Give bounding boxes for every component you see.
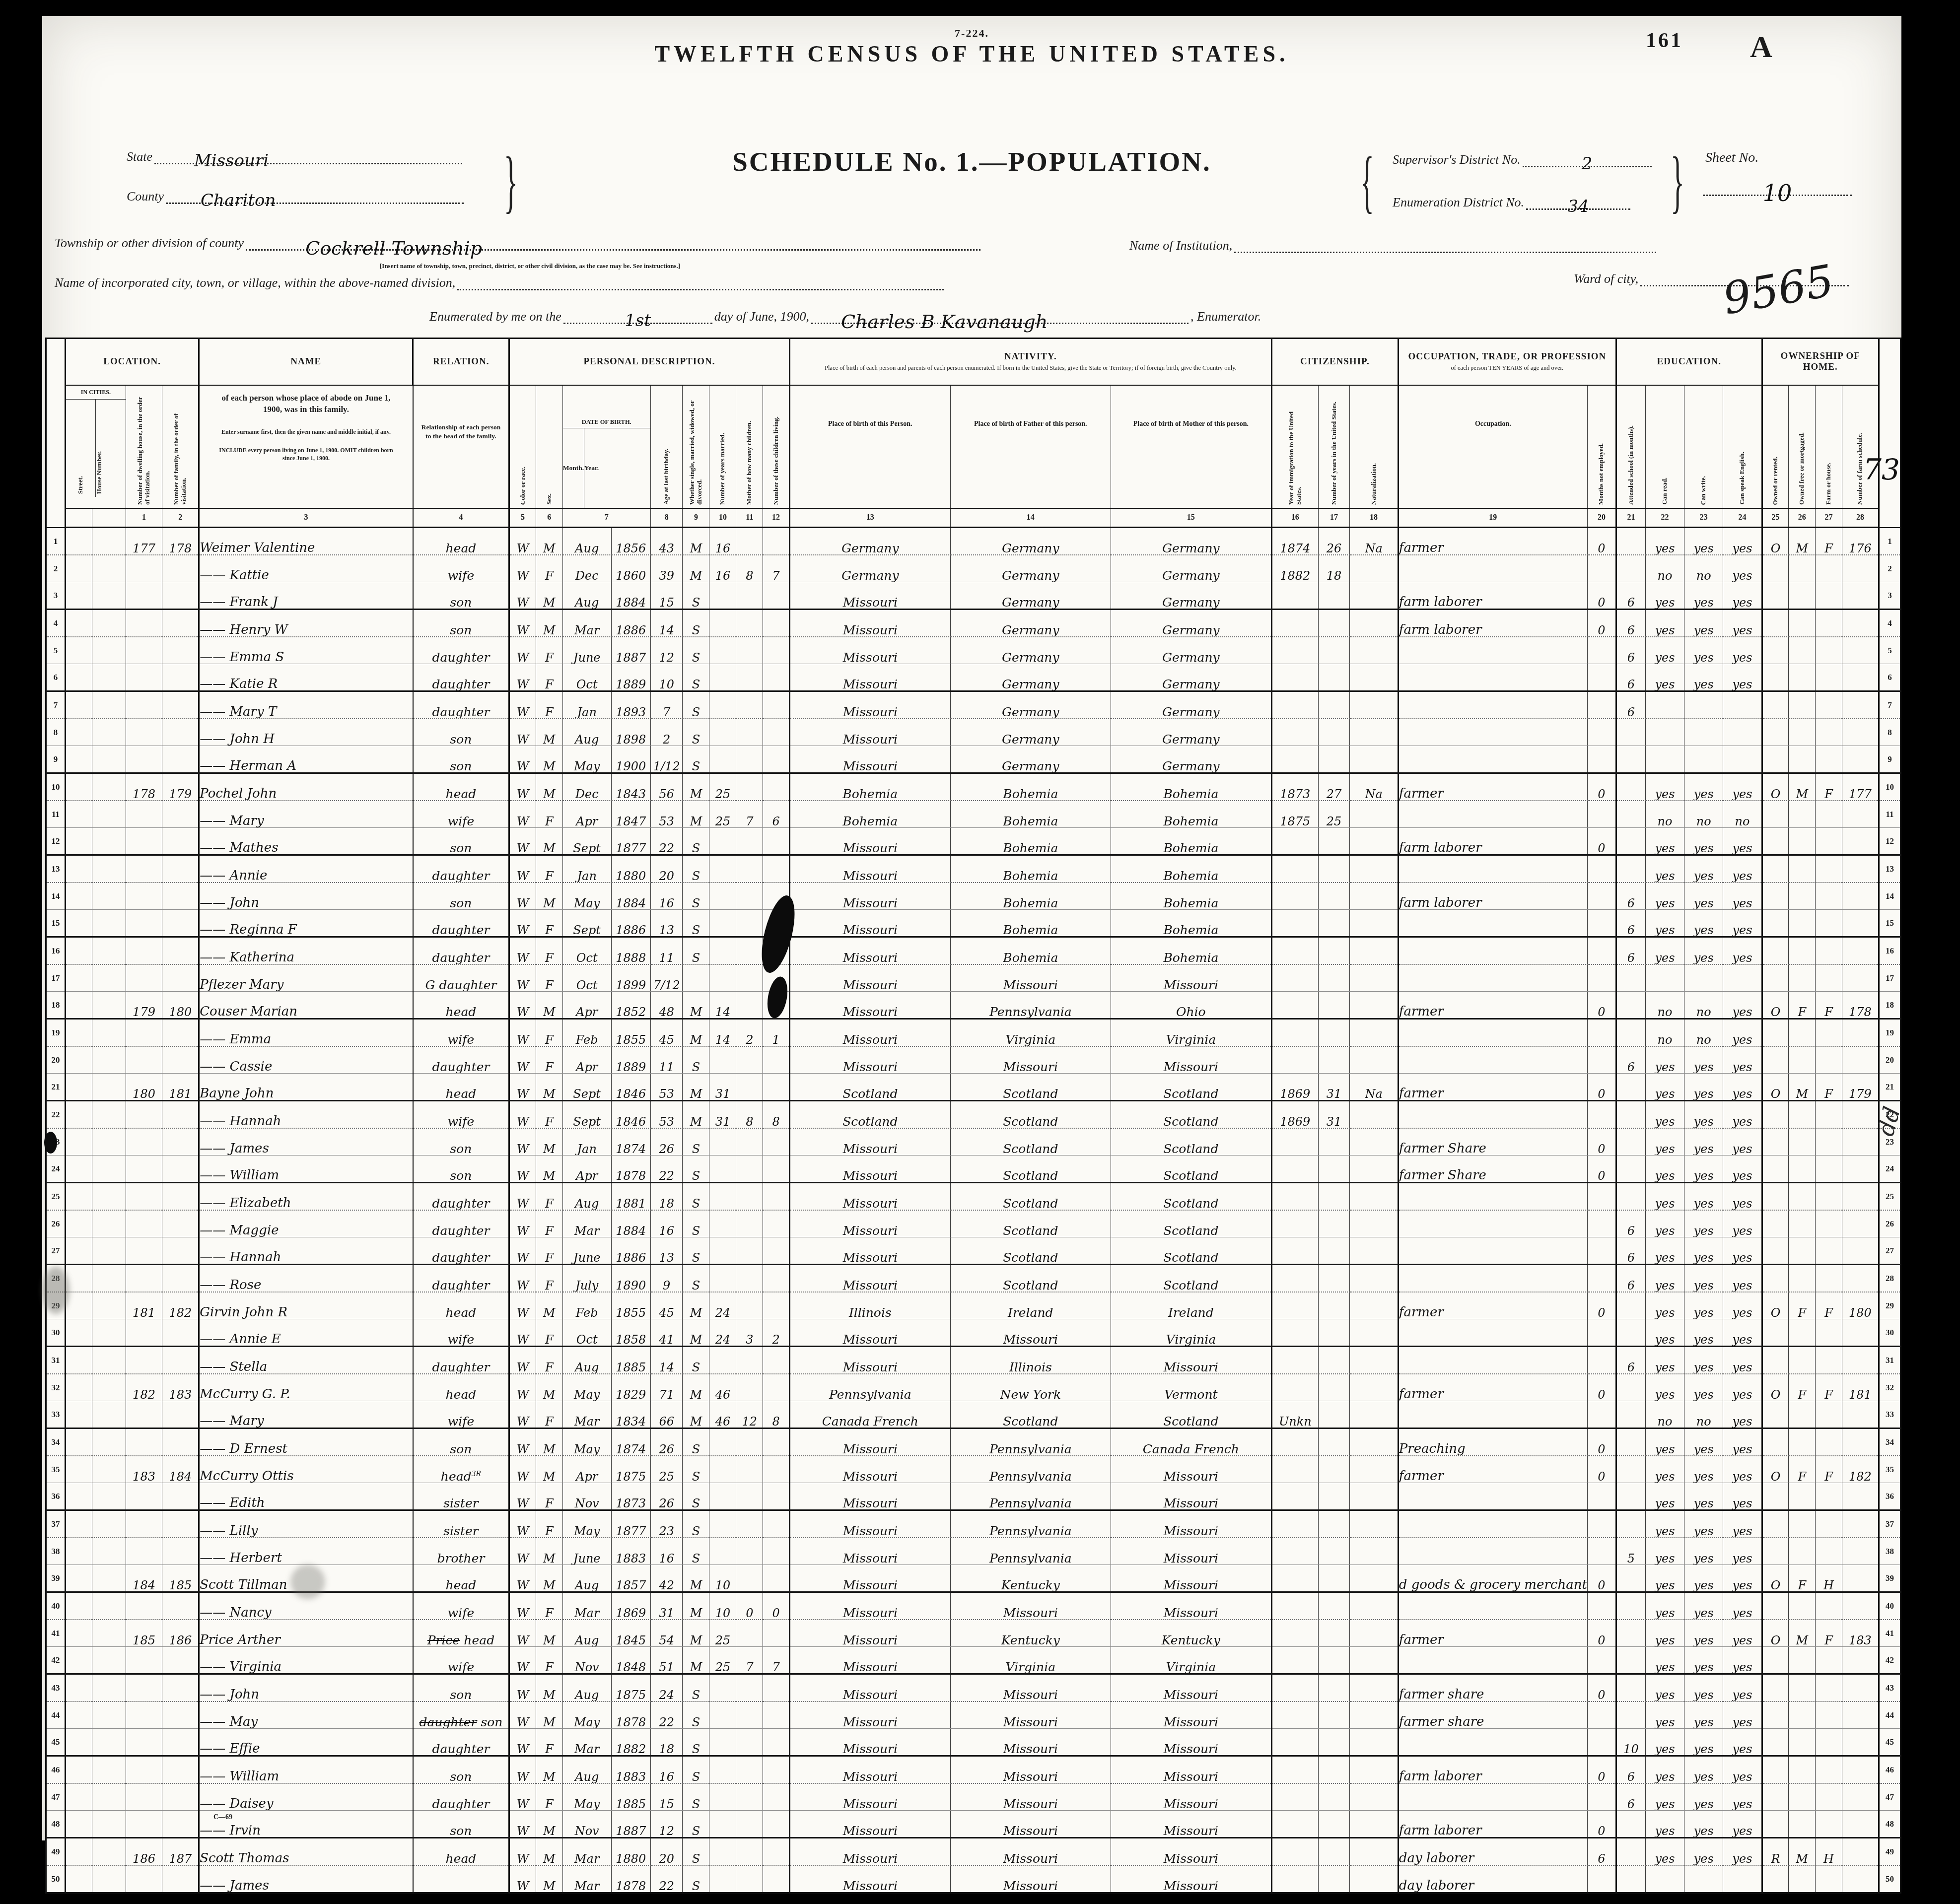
cell-wr: yes bbox=[1684, 1620, 1723, 1647]
cell-na bbox=[1350, 1401, 1398, 1428]
cell-ma: S bbox=[683, 1674, 709, 1702]
cell-oc bbox=[1398, 1019, 1587, 1047]
cell-re: daughter bbox=[413, 637, 509, 664]
cell-mc: 3 bbox=[736, 1319, 763, 1347]
cell-yr: 1855 bbox=[611, 1019, 650, 1047]
cell-na bbox=[1350, 1729, 1398, 1756]
cell-yr: 1886 bbox=[611, 910, 650, 937]
cell-ho bbox=[92, 1156, 126, 1183]
col-number: 9 bbox=[683, 508, 709, 528]
cell-co: W bbox=[509, 1510, 536, 1538]
cell-fm bbox=[1789, 555, 1816, 582]
cell-ag: 71 bbox=[650, 1374, 683, 1401]
cell-st bbox=[66, 1538, 92, 1565]
cell-ma: S bbox=[683, 664, 709, 691]
section-header: OCCUPATION, TRADE, OR PROFESSIONof each … bbox=[1398, 339, 1616, 386]
cell-im bbox=[1271, 1210, 1318, 1237]
cell-yu bbox=[1318, 1183, 1350, 1211]
section-header: NAME bbox=[199, 339, 413, 386]
cell-im bbox=[1271, 610, 1318, 637]
cell-na: Na bbox=[1350, 773, 1398, 801]
cell-yr: 1852 bbox=[611, 992, 650, 1019]
cell-sc: 6 bbox=[1616, 1237, 1645, 1265]
cell-sc: 5 bbox=[1616, 1538, 1645, 1565]
cell-re: daughter bbox=[413, 1210, 509, 1237]
cell-fm: M bbox=[1789, 773, 1816, 801]
cell-sc: 6 bbox=[1616, 910, 1645, 937]
cell-ag: 18 bbox=[650, 1183, 683, 1211]
cell-yr: 1848 bbox=[611, 1647, 650, 1674]
cell-sx: F bbox=[536, 1510, 562, 1538]
cell-mc bbox=[736, 1510, 763, 1538]
cell-en: yes bbox=[1723, 1074, 1762, 1101]
cell-fb: Pennsylvania bbox=[950, 992, 1111, 1019]
cell-dw bbox=[126, 1101, 162, 1129]
cell-rd: yes bbox=[1645, 855, 1684, 883]
cell-ow: O bbox=[1762, 1292, 1789, 1319]
cell-st bbox=[66, 1428, 92, 1456]
cell-ym bbox=[709, 1674, 736, 1702]
cell-mb: Scotland bbox=[1111, 1128, 1271, 1156]
cell-ma: S bbox=[683, 610, 709, 637]
cell-en: yes bbox=[1723, 1729, 1762, 1756]
cell-re: head bbox=[413, 1074, 509, 1101]
cell-bp: Missouri bbox=[789, 1592, 950, 1620]
cell-fh bbox=[1816, 1046, 1842, 1074]
cell-ma: M bbox=[683, 1647, 709, 1674]
cell-sc bbox=[1616, 1510, 1645, 1538]
cell-ow bbox=[1762, 610, 1789, 637]
cell-cl bbox=[763, 1428, 789, 1456]
cell-mb: Ireland bbox=[1111, 1292, 1271, 1319]
cell-fb: Germany bbox=[950, 691, 1111, 719]
cell-oc: day laborer bbox=[1398, 1838, 1587, 1866]
cell-mc bbox=[736, 1483, 763, 1510]
cell-ag: 22 bbox=[650, 1701, 683, 1729]
row-number: 50 bbox=[46, 1865, 66, 1893]
cell-bp: Missouri bbox=[789, 883, 950, 910]
row-number: 12 bbox=[46, 828, 66, 855]
cell-rd: no bbox=[1645, 801, 1684, 828]
cell-en: yes bbox=[1723, 610, 1762, 637]
cell-sx: M bbox=[536, 883, 562, 910]
cell-ho bbox=[92, 1538, 126, 1565]
table-row: 29181182Girvin John RheadWMFeb185545M24I… bbox=[46, 1292, 1901, 1319]
cell-mo: Aug bbox=[562, 1565, 611, 1592]
table-row: 5—— Emma SdaughterWFJune188712SMissouriG… bbox=[46, 637, 1901, 664]
cell-mc: 12 bbox=[736, 1401, 763, 1428]
cell-sx: M bbox=[536, 1292, 562, 1319]
cell-fm bbox=[1789, 1783, 1816, 1811]
cell-mn: 0 bbox=[1587, 528, 1616, 555]
cell-na bbox=[1350, 910, 1398, 937]
cell-mn bbox=[1587, 1210, 1616, 1237]
col-number: 22 bbox=[1645, 508, 1684, 528]
cell-nm: —— Henry W bbox=[199, 610, 413, 637]
cell-ns bbox=[1842, 964, 1879, 992]
cell-sc: 6 bbox=[1616, 1210, 1645, 1237]
cell-im: 1869 bbox=[1271, 1074, 1318, 1101]
table-row: 38—— HerbertbrotherWMJune188316SMissouri… bbox=[46, 1538, 1901, 1565]
cell-rd: yes bbox=[1645, 1838, 1684, 1866]
cell-mo: Mar bbox=[562, 1592, 611, 1620]
col-header-ma: Whether single, married, widowed, or div… bbox=[683, 385, 709, 508]
cell-oc: farm laborer bbox=[1398, 883, 1587, 910]
col-header-rd: Can read. bbox=[1645, 385, 1684, 508]
cell-dw bbox=[126, 1510, 162, 1538]
cell-yu bbox=[1318, 1647, 1350, 1674]
cell-im bbox=[1271, 746, 1318, 773]
cell-ho bbox=[92, 1674, 126, 1702]
cell-wr: yes bbox=[1684, 1592, 1723, 1620]
cell-nm: McCurry G. P. bbox=[199, 1374, 413, 1401]
cell-ma: S bbox=[683, 1128, 709, 1156]
table-row: 37—— LillysisterWFMay187723SMissouriPenn… bbox=[46, 1510, 1901, 1538]
row-number: 27 bbox=[1879, 1237, 1900, 1265]
cell-yu bbox=[1318, 719, 1350, 746]
cell-fm bbox=[1789, 937, 1816, 965]
cell-ag: 16 bbox=[650, 1756, 683, 1784]
cell-dw bbox=[126, 582, 162, 610]
cell-fh bbox=[1816, 883, 1842, 910]
row-number: 15 bbox=[1879, 910, 1900, 937]
cell-rd: yes bbox=[1645, 1183, 1684, 1211]
cell-mn bbox=[1587, 1483, 1616, 1510]
cell-co: W bbox=[509, 528, 536, 555]
cell-dw bbox=[126, 1701, 162, 1729]
cell-mc bbox=[736, 883, 763, 910]
cell-mn bbox=[1587, 1319, 1616, 1347]
cell-yr: 1855 bbox=[611, 1292, 650, 1319]
row-number: 50 bbox=[1879, 1865, 1900, 1893]
cell-en: yes bbox=[1723, 1701, 1762, 1729]
cell-sx: F bbox=[536, 1210, 562, 1237]
cell-na bbox=[1350, 610, 1398, 637]
cell-ag: 13 bbox=[650, 910, 683, 937]
cell-yr: 1858 bbox=[611, 1319, 650, 1347]
col-header-bp: Place of birth of this Person. bbox=[789, 385, 950, 508]
cell-oc bbox=[1398, 1510, 1587, 1538]
cell-co: W bbox=[509, 1729, 536, 1756]
cell-cl bbox=[763, 1128, 789, 1156]
cell-na bbox=[1350, 1510, 1398, 1538]
row-number: 29 bbox=[1879, 1292, 1900, 1319]
cell-dw bbox=[126, 637, 162, 664]
cell-wr: yes bbox=[1684, 1756, 1723, 1784]
cell-bp: Scotland bbox=[789, 1101, 950, 1129]
row-number: 44 bbox=[46, 1701, 66, 1729]
cell-na bbox=[1350, 1811, 1398, 1838]
row-number: 28 bbox=[1879, 1265, 1900, 1292]
cell-ag: 26 bbox=[650, 1428, 683, 1456]
cell-mb: Bohemia bbox=[1111, 855, 1271, 883]
cell-st bbox=[66, 1756, 92, 1784]
cell-yr: 1884 bbox=[611, 582, 650, 610]
cell-sx: F bbox=[536, 1183, 562, 1211]
cell-st bbox=[66, 664, 92, 691]
cell-dw bbox=[126, 1156, 162, 1183]
cell-en: yes bbox=[1723, 1811, 1762, 1838]
cell-yr: 1829 bbox=[611, 1374, 650, 1401]
cell-ow bbox=[1762, 582, 1789, 610]
cell-nm: —— Herbert bbox=[199, 1538, 413, 1565]
cell-co: W bbox=[509, 1046, 536, 1074]
cell-mn bbox=[1587, 855, 1616, 883]
cell-dw bbox=[126, 1538, 162, 1565]
cell-mb: Germany bbox=[1111, 582, 1271, 610]
cell-mb: Missouri bbox=[1111, 1865, 1271, 1893]
cell-cl bbox=[763, 1620, 789, 1647]
cell-co: W bbox=[509, 610, 536, 637]
cell-oc bbox=[1398, 937, 1587, 965]
cell-oc: day laborer bbox=[1398, 1865, 1587, 1893]
cell-ns bbox=[1842, 1046, 1879, 1074]
cell-fb: Missouri bbox=[950, 1865, 1111, 1893]
cell-nm: —— Reginna F bbox=[199, 910, 413, 937]
cell-wr bbox=[1684, 964, 1723, 992]
cell-rd: no bbox=[1645, 1019, 1684, 1047]
cell-ns: 181 bbox=[1842, 1374, 1879, 1401]
col-number: 11 bbox=[736, 508, 763, 528]
cell-ow bbox=[1762, 1347, 1789, 1374]
cell-na bbox=[1350, 1210, 1398, 1237]
cell-im bbox=[1271, 1647, 1318, 1674]
cell-dw: 181 bbox=[126, 1292, 162, 1319]
cell-ym bbox=[709, 1483, 736, 1510]
cell-ow bbox=[1762, 883, 1789, 910]
row-number-header bbox=[1879, 339, 1900, 528]
cell-ma: M bbox=[683, 1565, 709, 1592]
cell-fh: H bbox=[1816, 1565, 1842, 1592]
row-number: 6 bbox=[46, 664, 66, 691]
state-value: Missouri bbox=[194, 151, 269, 171]
cell-ho bbox=[92, 1183, 126, 1211]
cell-wr: yes bbox=[1684, 1674, 1723, 1702]
row-number: 46 bbox=[1879, 1756, 1900, 1784]
cell-sx: F bbox=[536, 855, 562, 883]
cell-ns: 180 bbox=[1842, 1292, 1879, 1319]
cell-ma: S bbox=[683, 1237, 709, 1265]
cell-wr: yes bbox=[1684, 1237, 1723, 1265]
cell-fb: Missouri bbox=[950, 1592, 1111, 1620]
col-header-fa: Number of family, in the order of visita… bbox=[162, 385, 199, 508]
cell-ow: O bbox=[1762, 1374, 1789, 1401]
cell-fa bbox=[162, 1674, 199, 1702]
cell-st bbox=[66, 1729, 92, 1756]
cell-ag: 24 bbox=[650, 1674, 683, 1702]
cell-mc bbox=[736, 910, 763, 937]
cell-mb: Missouri bbox=[1111, 1674, 1271, 1702]
cell-oc: farmer bbox=[1398, 1456, 1587, 1483]
cell-fm bbox=[1789, 664, 1816, 691]
cell-cl bbox=[763, 1210, 789, 1237]
row-number: 36 bbox=[46, 1483, 66, 1510]
cell-yu bbox=[1318, 1156, 1350, 1183]
cell-en: yes bbox=[1723, 1838, 1762, 1866]
cell-fm bbox=[1789, 1538, 1816, 1565]
cell-sx: M bbox=[536, 610, 562, 637]
cell-mb: Missouri bbox=[1111, 1729, 1271, 1756]
cell-sc: 6 bbox=[1616, 1783, 1645, 1811]
cell-sc: 6 bbox=[1616, 664, 1645, 691]
cell-re: head bbox=[413, 528, 509, 555]
cell-dw bbox=[126, 883, 162, 910]
cell-cl bbox=[763, 1237, 789, 1265]
cell-wr bbox=[1684, 1865, 1723, 1893]
cell-fa bbox=[162, 555, 199, 582]
cell-co: W bbox=[509, 1592, 536, 1620]
cell-yr: 1885 bbox=[611, 1783, 650, 1811]
row-number: 38 bbox=[1879, 1538, 1900, 1565]
cell-wr: yes bbox=[1684, 855, 1723, 883]
cell-sc bbox=[1616, 719, 1645, 746]
cell-ns bbox=[1842, 1674, 1879, 1702]
cell-mn: 6 bbox=[1587, 1838, 1616, 1866]
cell-rd: yes bbox=[1645, 610, 1684, 637]
cell-ma: S bbox=[683, 1538, 709, 1565]
row-number: 42 bbox=[1879, 1647, 1900, 1674]
cell-oc: farmer bbox=[1398, 528, 1587, 555]
cell-cl: 7 bbox=[763, 1647, 789, 1674]
cell-ho bbox=[92, 1510, 126, 1538]
cell-co: W bbox=[509, 1401, 536, 1428]
cell-mo: Feb bbox=[562, 1292, 611, 1319]
row-number: 41 bbox=[46, 1620, 66, 1647]
cell-mo: Mar bbox=[562, 1729, 611, 1756]
cell-im bbox=[1271, 691, 1318, 719]
cell-sx: M bbox=[536, 1456, 562, 1483]
cell-fa bbox=[162, 637, 199, 664]
cell-fb: Pennsylvania bbox=[950, 1510, 1111, 1538]
cell-yu bbox=[1318, 1565, 1350, 1592]
cell-nm: —— John bbox=[199, 1674, 413, 1702]
table-row: 50—— JamesWMMar187822SMissouriMissouriMi… bbox=[46, 1865, 1901, 1893]
cell-na bbox=[1350, 1701, 1398, 1729]
cell-ag: 10 bbox=[650, 664, 683, 691]
cell-cl bbox=[763, 746, 789, 773]
cell-mo: Mar bbox=[562, 1838, 611, 1866]
row-number: 43 bbox=[46, 1674, 66, 1702]
cell-nm: —— Frank J bbox=[199, 582, 413, 610]
cell-wr: yes bbox=[1684, 1128, 1723, 1156]
cell-mn bbox=[1587, 1592, 1616, 1620]
cell-im bbox=[1271, 1783, 1318, 1811]
cell-fh bbox=[1816, 1428, 1842, 1456]
cell-ym bbox=[709, 1838, 736, 1866]
cell-re: daughter bbox=[413, 1046, 509, 1074]
cell-ag: 11 bbox=[650, 937, 683, 965]
cell-sx: M bbox=[536, 1128, 562, 1156]
cell-bp: Germany bbox=[789, 528, 950, 555]
col-header-re: Relationship of each person to the head … bbox=[413, 385, 509, 508]
cell-nm: —— Katherina bbox=[199, 937, 413, 965]
cell-mn bbox=[1587, 691, 1616, 719]
cell-oc: farmer bbox=[1398, 992, 1587, 1019]
cell-yu bbox=[1318, 1483, 1350, 1510]
cell-ow bbox=[1762, 1701, 1789, 1729]
cell-sc: 6 bbox=[1616, 691, 1645, 719]
cell-mb: Missouri bbox=[1111, 1838, 1271, 1866]
cell-wr bbox=[1684, 719, 1723, 746]
cell-ow: O bbox=[1762, 1456, 1789, 1483]
cell-cl: 2 bbox=[763, 1319, 789, 1347]
cell-ma: M bbox=[683, 801, 709, 828]
cell-re: Price head bbox=[413, 1620, 509, 1647]
cell-oc bbox=[1398, 555, 1587, 582]
cell-ym bbox=[709, 828, 736, 855]
cell-oc: farm laborer bbox=[1398, 1811, 1587, 1838]
cell-st bbox=[66, 883, 92, 910]
cell-ow bbox=[1762, 1046, 1789, 1074]
row-number: 45 bbox=[1879, 1729, 1900, 1756]
cell-cl bbox=[763, 1156, 789, 1183]
col-number: 15 bbox=[1111, 508, 1271, 528]
cell-sx: F bbox=[536, 1783, 562, 1811]
cell-ns bbox=[1842, 555, 1879, 582]
row-number: 1 bbox=[1879, 528, 1900, 555]
cell-rd: yes bbox=[1645, 1319, 1684, 1347]
cell-en: yes bbox=[1723, 1319, 1762, 1347]
cell-co: W bbox=[509, 1838, 536, 1866]
cell-im bbox=[1271, 1483, 1318, 1510]
cell-cl bbox=[763, 1456, 789, 1483]
table-row: 32182183McCurry G. P.headWMMay182971M46P… bbox=[46, 1374, 1901, 1401]
cell-fh bbox=[1816, 910, 1842, 937]
cell-ma: M bbox=[683, 1019, 709, 1047]
cell-oc: farmer bbox=[1398, 1074, 1587, 1101]
cell-mb: Kentucky bbox=[1111, 1620, 1271, 1647]
col-header-st: IN CITIES.Street.House Number. bbox=[66, 385, 126, 508]
cell-st bbox=[66, 1319, 92, 1347]
cell-mb: Ohio bbox=[1111, 992, 1271, 1019]
ink-blot bbox=[44, 1132, 57, 1154]
table-row: 33—— MarywifeWFMar183466M46128Canada Fre… bbox=[46, 1401, 1901, 1428]
cell-ym bbox=[709, 1428, 736, 1456]
cell-mo: Oct bbox=[562, 664, 611, 691]
col-header-cl: Number of these children living. bbox=[763, 385, 789, 508]
cell-oc bbox=[1398, 801, 1587, 828]
cell-wr: yes bbox=[1684, 1483, 1723, 1510]
cell-fa bbox=[162, 1592, 199, 1620]
form-code: 7-224. bbox=[42, 27, 1901, 40]
cell-na bbox=[1350, 1592, 1398, 1620]
cell-nm: —— James bbox=[199, 1865, 413, 1893]
cell-cl bbox=[763, 1783, 789, 1811]
cell-fa bbox=[162, 1237, 199, 1265]
cell-ag: 45 bbox=[650, 1292, 683, 1319]
cell-ho bbox=[92, 1783, 126, 1811]
cell-st bbox=[66, 1210, 92, 1237]
row-number: 39 bbox=[1879, 1565, 1900, 1592]
cell-ag: 2 bbox=[650, 719, 683, 746]
cell-ow bbox=[1762, 1401, 1789, 1428]
cell-ym bbox=[709, 1783, 736, 1811]
table-row: 7—— Mary TdaughterWFJan18937SMissouriGer… bbox=[46, 691, 1901, 719]
cell-sx: F bbox=[536, 1729, 562, 1756]
table-row: 42—— VirginiawifeWFNov184851M2577Missour… bbox=[46, 1647, 1901, 1674]
cell-bp: Missouri bbox=[789, 746, 950, 773]
cell-dw bbox=[126, 1019, 162, 1047]
section-header: OWNERSHIP OF HOME. bbox=[1762, 339, 1879, 386]
cell-ow bbox=[1762, 1510, 1789, 1538]
cell-ho bbox=[92, 1565, 126, 1592]
cell-cl: 1 bbox=[763, 1019, 789, 1047]
cell-cl bbox=[763, 1510, 789, 1538]
city-line: Name of incorporated city, town, or vill… bbox=[55, 274, 944, 290]
cell-co: W bbox=[509, 555, 536, 582]
cell-yu bbox=[1318, 664, 1350, 691]
cell-ma: M bbox=[683, 1101, 709, 1129]
